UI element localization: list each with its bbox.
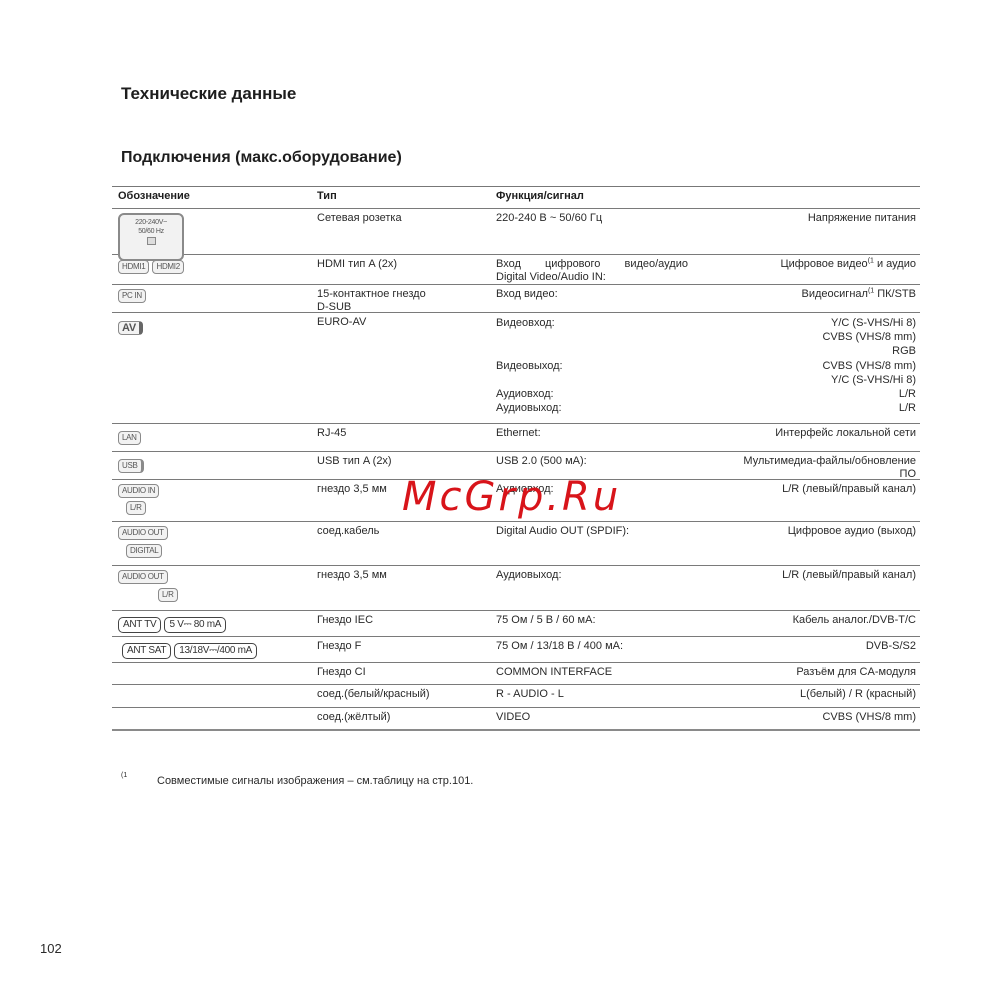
footnote-text: Совместимые сигналы изображения – см.таб… <box>157 775 473 787</box>
digital-audio-out-port-icon: AUDIO OUT DIGITAL <box>118 526 168 558</box>
usb-port-icon: USB <box>118 459 144 473</box>
icon-label: 50/60 Hz <box>138 228 164 235</box>
row-function: Digital Audio OUT (SPDIF):Цифровое аудио… <box>496 525 916 538</box>
header-function: Функция/сигнал <box>496 190 916 203</box>
table-row: AV EURO-AV Видеовход:Y/C (S-VHS/Hi 8) CV… <box>112 313 920 424</box>
table-row: ANT TV 5 V⎓ 80 mA Гнездо IEC 75 Ом / 5 В… <box>112 611 920 637</box>
lan-port-icon: LAN <box>118 431 141 445</box>
row-type: Гнездо IEC <box>317 614 487 627</box>
footnote-mark: (1 <box>121 772 127 779</box>
row-type: USB тип A (2x) <box>317 455 487 468</box>
table-row: соед.(жёлтый) VIDEOCVBS (VHS/8 mm) <box>112 708 920 731</box>
table-row: ANT SAT 13/18V⎓/400 mA Гнездо F 75 Ом / … <box>112 637 920 663</box>
row-function: 75 Ом / 13/18 В / 400 мА:DVB-S/S2 <box>496 640 916 653</box>
row-type: Сетевая розетка <box>317 212 487 225</box>
connections-table: Обозначение Тип Функция/сигнал 220-240V~… <box>112 186 920 731</box>
hdmi-port-icon: HDMI1 HDMI2 <box>118 260 184 274</box>
header-type: Тип <box>317 190 487 203</box>
row-type: RJ-45 <box>317 427 487 440</box>
table-row: соед.(белый/красный) R - AUDIO - LL(белы… <box>112 685 920 708</box>
row-function: 75 Ом / 5 В / 60 мА:Кабель аналог./DVB-T… <box>496 614 916 627</box>
row-function: 220-240 В ~ 50/60 ГцНапряжение питания <box>496 212 916 225</box>
row-type: EURO-AV <box>317 316 487 329</box>
table-row: 220-240V~ 50/60 Hz Сетевая розетка 220-2… <box>112 209 920 255</box>
table-row: HDMI1 HDMI2 HDMI тип A (2x) Вход цифрово… <box>112 255 920 285</box>
row-type: HDMI тип A (2x) <box>317 258 487 271</box>
pc-in-port-icon: PC IN <box>118 289 146 303</box>
power-socket-icon: 220-240V~ 50/60 Hz <box>118 213 184 261</box>
row-type: Гнездо CI <box>317 666 487 679</box>
watermark: McGrp.Ru <box>402 475 621 519</box>
table-row: LAN RJ-45 Ethernet:Интерфейс локальной с… <box>112 424 920 452</box>
page-number: 102 <box>40 941 62 956</box>
page-title: Технические данные <box>121 84 296 104</box>
row-function: Ethernet:Интерфейс локальной сети <box>496 427 916 440</box>
row-function: COMMON INTERFACEРазъём для CA-модуля <box>496 666 916 679</box>
table-row: PC IN 15-контактное гнездоD-SUB Вход вид… <box>112 285 920 313</box>
header-designation: Обозначение <box>118 190 190 203</box>
row-function: Вход цифрового видео/аудио Цифровое виде… <box>496 258 916 284</box>
row-type: соед.(белый/красный) <box>317 688 487 701</box>
table-row: AUDIO OUT L/R гнездо 3,5 мм Аудиовыход:L… <box>112 566 920 611</box>
table-row: Гнездо CI COMMON INTERFACEРазъём для CA-… <box>112 663 920 685</box>
row-type: гнездо 3,5 мм <box>317 569 487 582</box>
row-type: Гнездо F <box>317 640 487 653</box>
audio-out-port-icon: AUDIO OUT L/R <box>118 570 178 602</box>
audio-in-port-icon: AUDIO IN L/R <box>118 484 159 515</box>
ant-tv-port-icon: ANT TV 5 V⎓ 80 mA <box>118 617 226 633</box>
row-function: VIDEOCVBS (VHS/8 mm) <box>496 711 916 724</box>
row-function: Вход видео: Видеосигнал(1 ПК/STB <box>496 288 916 301</box>
row-function: R - AUDIO - LL(белый) / R (красный) <box>496 688 916 701</box>
icon-label: 220-240V~ <box>135 219 167 226</box>
euro-av-port-icon: AV <box>118 321 143 335</box>
section-title: Подключения (макс.оборудование) <box>121 149 402 167</box>
row-type: соед.кабель <box>317 525 487 538</box>
ant-sat-port-icon: ANT SAT 13/18V⎓/400 mA <box>122 643 257 659</box>
row-function: Видеовход:Y/C (S-VHS/Hi 8) CVBS (VHS/8 m… <box>496 316 916 415</box>
row-function: Аудиовыход:L/R (левый/правый канал) <box>496 569 916 582</box>
row-type: соед.(жёлтый) <box>317 711 487 724</box>
row-type: 15-контактное гнездоD-SUB <box>317 288 487 314</box>
table-header-row: Обозначение Тип Функция/сигнал <box>112 187 920 209</box>
table-row: AUDIO OUT DIGITAL соед.кабель Digital Au… <box>112 522 920 566</box>
